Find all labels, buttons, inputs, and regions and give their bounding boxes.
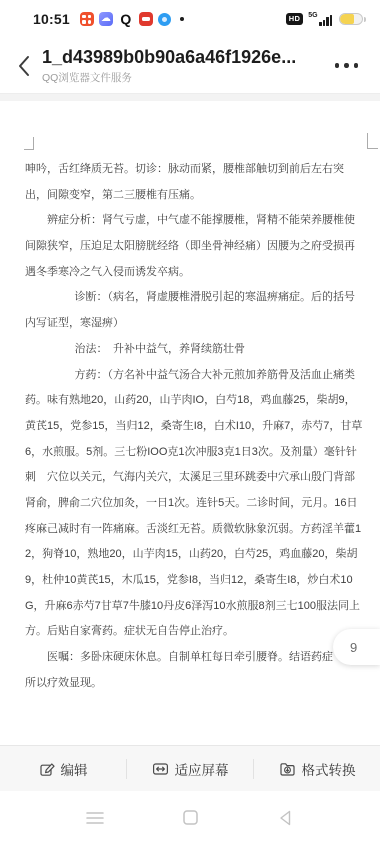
more-menu-button[interactable] [325, 53, 380, 78]
doc-line: 出，间隙变窄，第二三腰椎有压痛。 [25, 183, 364, 209]
red-packet-app-icon [139, 12, 153, 26]
page-indicator-bubble[interactable]: 9 [333, 629, 380, 665]
doc-line: 疼麻己减时有一阵痛麻。舌淡红无苔。质微软脉象沉弱。方药淫羊藿1 [25, 517, 364, 543]
doc-line: 辨症分析：肾气亏虚，中气虚不能撑腰椎，肾精不能荣养腰椎使 [25, 208, 364, 234]
home-icon [183, 810, 198, 825]
doc-line: G，升麻6赤芍7甘草7牛膝10丹皮6泽泻10水煎服8剂三七100服法同上 [25, 594, 364, 620]
fit-screen-icon [152, 761, 169, 777]
status-right: HD 5G [286, 13, 366, 26]
grid-dots-app-icon [80, 12, 94, 26]
text-boundary-mark-right [367, 133, 378, 149]
fit-screen-label: 适应屏幕 [175, 759, 229, 779]
doc-line: 肾俞，脾俞二穴位加灸，一日1次。连针5天。二诊时间，元月。16日 [25, 491, 364, 517]
notification-icons: ☁ Q [80, 11, 184, 27]
doc-line: 间隙狭窄，压迫足太阳膀胱经络（即坐骨神经痛）因腰为之府受损再 [25, 234, 364, 260]
doc-line: 呻吟，舌红绛质无苔。切诊：脉动而紧，腰椎部触切到前后左右突 [25, 157, 364, 183]
doc-line: 药。味有熟地20，山药20，山芋肉IO，白芍18，鸡血藤25，柴胡9， [25, 388, 364, 414]
doc-line: 医嘱：多卧床硬床休息。自制单杠每日牵引腰脊。结语药症 [25, 645, 364, 671]
document-lines: 呻吟，舌红绛质无苔。切诊：脉动而紧，腰椎部触切到前后左右突出，间隙变窄，第二三腰… [25, 157, 364, 696]
home-nav-button[interactable] [160, 800, 220, 836]
doc-line: 6，水煎服。5剂。三七粉IOO克1次冲服3克1日3次。及剂量）毫针针 [25, 440, 364, 466]
header: 1_d43989b0b90a6a46f1926e... QQ浏览器文件服务 [0, 38, 380, 94]
format-convert-button[interactable]: 格式转换 [254, 746, 380, 791]
format-convert-icon [279, 761, 296, 777]
format-convert-label: 格式转换 [302, 759, 356, 779]
status-bar: 10:51 ☁ Q HD 5G [0, 0, 380, 38]
doc-line: 刺 穴位以关元，气海内关穴，太溪足三里环跳委中穴承山殷门背部 [25, 465, 364, 491]
document-page[interactable]: 呻吟，舌红绛质无苔。切诊：脉动而紧，腰椎部触切到前后左右突出，间隙变窄，第二三腰… [0, 101, 380, 745]
notification-dot [180, 17, 184, 21]
title-block: 1_d43989b0b90a6a46f1926e... QQ浏览器文件服务 [42, 47, 325, 85]
doc-line: 诊断：（病名，肾虚腰椎滑脱引起的寒温痹痛症。后的括号 [25, 285, 364, 311]
file-source-subtitle: QQ浏览器文件服务 [42, 70, 325, 85]
hd-badge: HD [286, 13, 303, 25]
battery-icon [339, 13, 363, 25]
edit-icon [39, 761, 55, 777]
cloud-app-icon: ☁ [99, 12, 113, 26]
qq-app-icon: Q [118, 11, 134, 27]
android-nav-bar [0, 791, 380, 844]
header-divider [0, 94, 380, 101]
signal-icon: 5G [308, 13, 332, 26]
edit-button[interactable]: 编辑 [0, 746, 126, 791]
back-button[interactable] [6, 44, 40, 88]
doc-line: 方药：（方名补中益气汤合大补元煎加养筋骨及活血止痛类 [25, 363, 364, 389]
menu-nav-button[interactable] [65, 800, 125, 836]
text-boundary-mark-left [24, 137, 34, 150]
fit-screen-button[interactable]: 适应屏幕 [127, 746, 253, 791]
doc-line: 9，杜仲10黄芪15，木瓜15，党参I8，当归12，桑寄生I8，炒白术10 [25, 568, 364, 594]
doc-line: 2，狗脊10，熟地20，山芋肉15，山药20，白芍25，鸡血藤20，柴胡 [25, 542, 364, 568]
doc-line: 所以疗效显现。 [25, 671, 364, 697]
menu-icon [86, 811, 104, 825]
network-label: 5G [308, 12, 317, 19]
doc-line: 治法： 升补中益气，养肾续筋壮骨 [25, 337, 364, 363]
doc-line: 方。后贴自家膏药。症状无自告停止治疗。 [25, 619, 364, 645]
page-number: 9 [350, 640, 357, 655]
back-triangle-icon [279, 810, 291, 826]
edit-label: 编辑 [61, 759, 88, 779]
chevron-left-icon [17, 55, 30, 77]
doc-line: 黄芪15，党参15，当归12，桑寄生I8，白术I10，升麻7，赤芍7，甘草 [25, 414, 364, 440]
blue-circle-app-icon [158, 13, 171, 26]
bottom-toolbar: 编辑 适应屏幕 格式转换 [0, 745, 380, 791]
back-nav-button[interactable] [255, 800, 315, 836]
battery-nub [364, 17, 366, 22]
doc-line: 内写证型，寒湿痹） [25, 311, 364, 337]
clock: 10:51 [33, 11, 70, 27]
file-title: 1_d43989b0b90a6a46f1926e... [42, 47, 325, 68]
doc-line: 遇冬季寒冷之气入侵而诱发卒病。 [25, 260, 364, 286]
